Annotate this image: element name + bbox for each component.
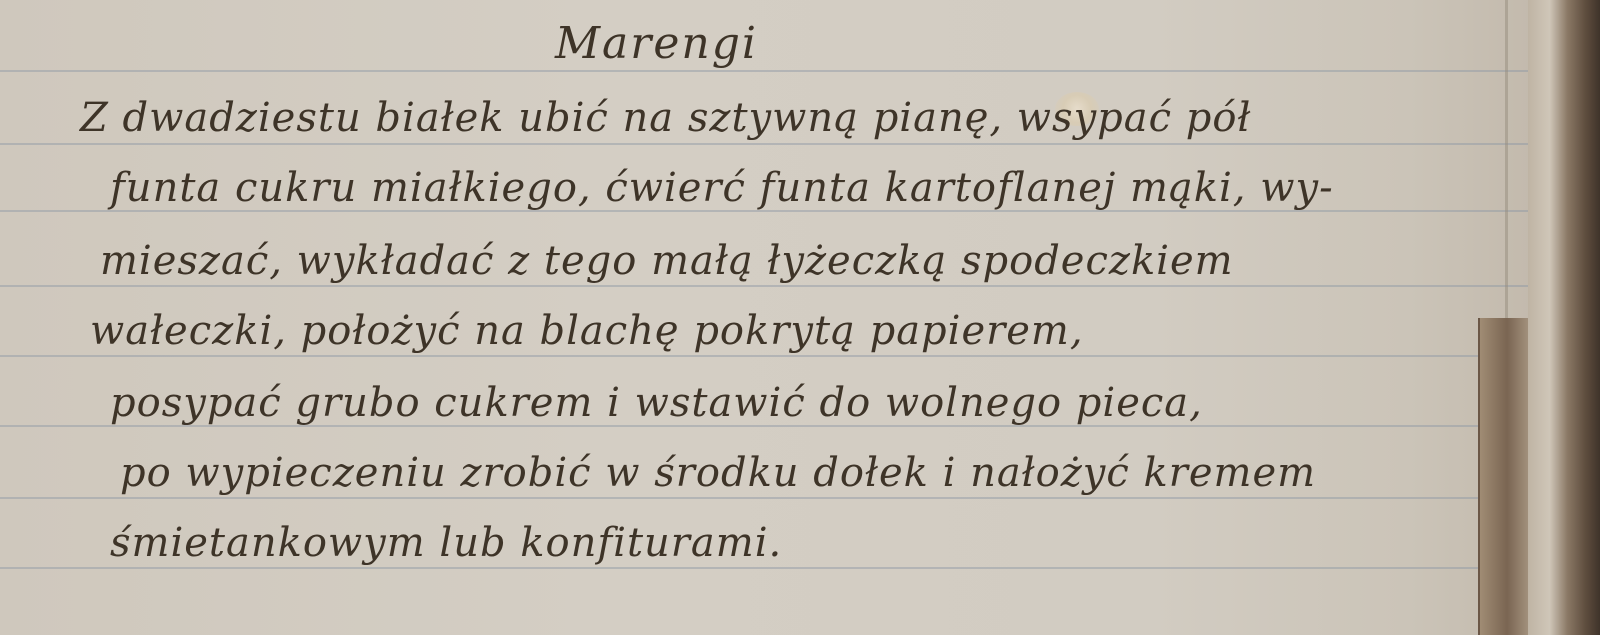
ruled-line [0,285,1530,287]
ruled-line [0,567,1530,569]
recipe-line-6: po wypieczeniu zrobić w środku dołek i n… [120,450,1316,496]
recipe-title: Marengi [555,18,758,69]
recipe-line-4: wałeczki, położyć na blachę pokrytą papi… [90,308,1084,354]
recipe-line-7: śmietankowym lub konfiturami. [110,520,782,566]
recipe-line-1: Z dwadziestu białek ubić na sztywną pian… [80,95,1251,141]
ruled-line [0,70,1530,72]
notebook-page: Marengi Z dwadziestu białek ubić na szty… [0,0,1530,635]
ruled-line [0,497,1530,499]
ruled-line [0,143,1530,145]
recipe-line-3: mieszać, wykładać z tego małą łyżeczką s… [100,238,1234,284]
ruled-line [0,355,1530,357]
binding-edge [1528,0,1600,635]
recipe-line-5: posypać grubo cukrem i wstawić do wolneg… [110,380,1203,426]
recipe-line-2: funta cukru miałkiego, ćwierć funta kart… [110,165,1334,211]
